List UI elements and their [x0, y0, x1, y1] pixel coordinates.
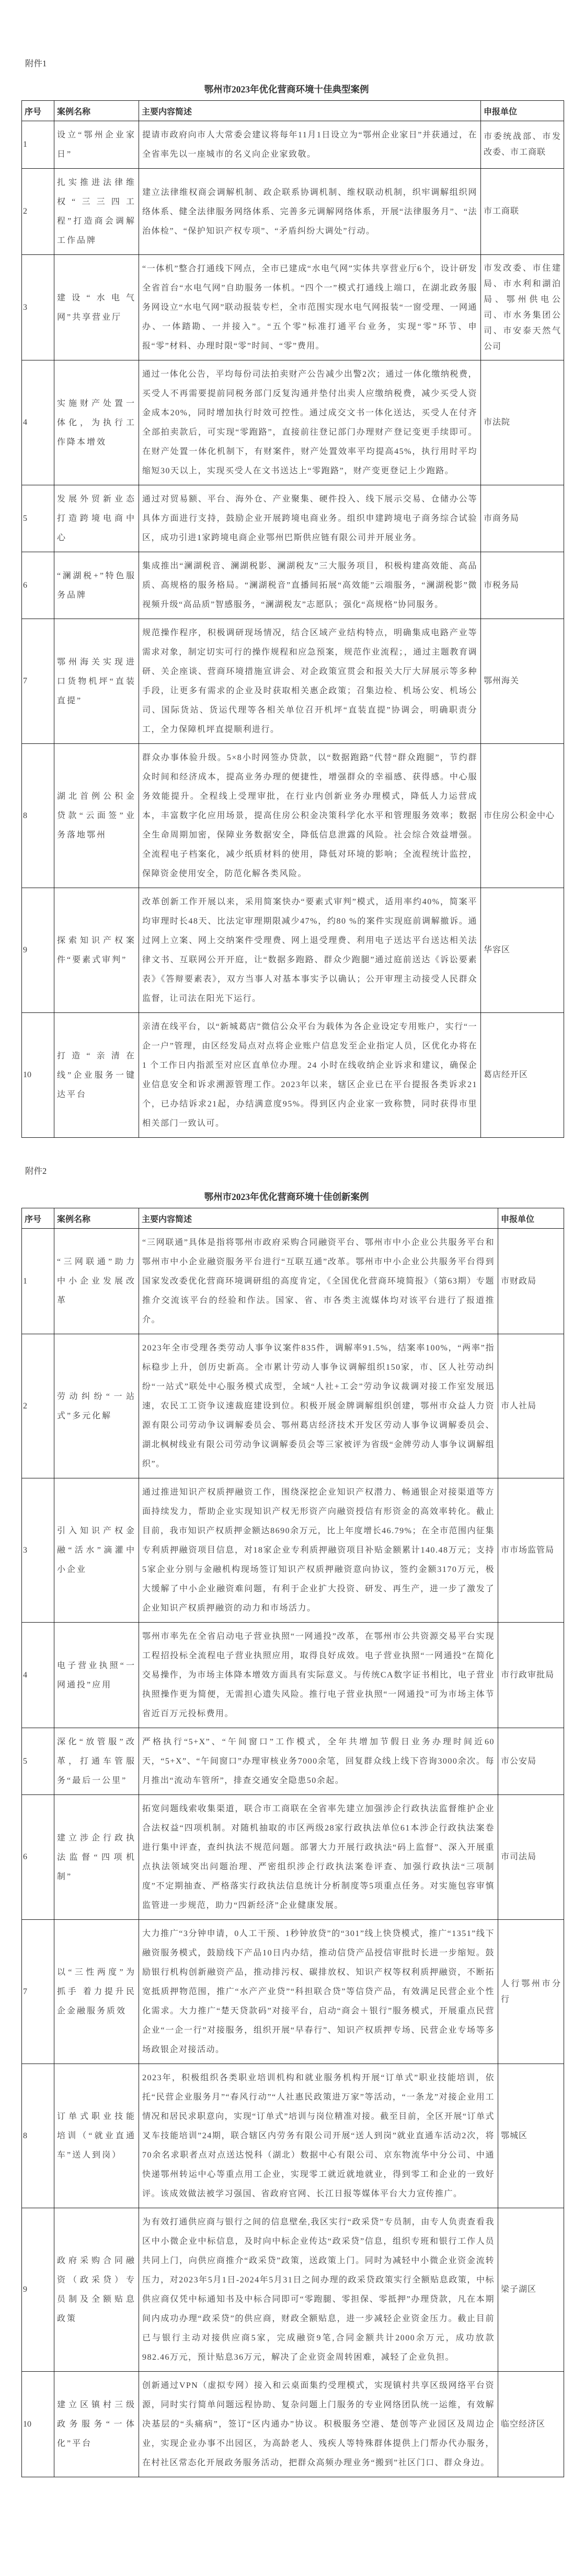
case-row: 3引入知识产权金融“活水”滴灌中小企业通过推进知识产权质押融资工作，围绕深挖企业… — [22, 1478, 564, 1623]
attachment-label: 附件1 — [25, 56, 573, 69]
header-case-name: 案例名称 — [54, 101, 139, 121]
reporting-unit: 人行鄂州市分行 — [498, 1920, 564, 2064]
case-name: 实施财产处置一体化，为执行工作降本增效 — [54, 360, 139, 485]
document-page: 附件1 鄂州市2023年优化营商环境十佳典型案例 序号 案例名称 主要内容简述 … — [0, 0, 573, 2485]
case-row: 7以“三性两度”为抓手 着力提升民企金融服务质效大力推广“3分钟申请，0人工干预… — [22, 1920, 564, 2064]
reporting-unit: 市税务局 — [481, 552, 564, 619]
case-content: 创新通过VPN（虚拟专网）接入和云桌面集约受理模式，实现镇村共享区级网络平台资源… — [139, 2372, 498, 2477]
case-name: 建设“水电气网”共享营业厅 — [54, 255, 139, 360]
case-content: 2023年全市受理各类劳动人事争议案件835件，调解率91.5%，结案率100%… — [139, 1334, 498, 1478]
case-content: “一体机”整合打通线下网点，全市已建成“水电气网”实体共享营业厅6个，设计研发全… — [139, 255, 481, 360]
reporting-unit: 市商务局 — [481, 485, 564, 552]
case-content: 亲清在线平台，以“新城葛店”微信公众平台为载体为各企业设定专用账户，实行“一企一… — [139, 1013, 481, 1138]
case-content: 严格执行“5+X”、“午间窗口”工作模式，全年共增加节假日业务办理时间近60天，… — [139, 1728, 498, 1795]
case-number: 2 — [22, 169, 54, 255]
case-row: 9探索知识产权案件“要素式审判”改革创新工作开展以来，采用简案快办“要素式审判”… — [22, 888, 564, 1013]
reporting-unit: 市工商联 — [481, 169, 564, 255]
reporting-unit: 鄂城区 — [498, 2064, 564, 2208]
case-number: 4 — [22, 360, 54, 485]
case-name: 深化“放管服”改革，打通车管服务“最后一公里” — [54, 1728, 139, 1795]
case-row: 6建立涉企行政执法监督“四项机制”拓宽问题线索收集渠道，联合市工商联在全省率先建… — [22, 1795, 564, 1920]
case-number: 10 — [22, 1013, 54, 1138]
case-name: 建立区镇村三级政务服务“一体化”平台 — [54, 2372, 139, 2477]
case-row: 5深化“放管服”改革，打通车管服务“最后一公里”严格执行“5+X”、“午间窗口”… — [22, 1728, 564, 1795]
case-number: 7 — [22, 1920, 54, 2064]
case-row: 9政府采购合同融资（政采贷）专员制及全额贴息政策为有效打通供应商与银行之间的信息… — [22, 2208, 564, 2372]
reporting-unit: 市法院 — [481, 360, 564, 485]
innovation-cases-table: 序号 案例名称 主要内容简述 申报单位 1“三网联通”助力中小企业发展改革“三网… — [21, 1208, 564, 2477]
case-name: 发展外贸新业态 打造跨境电商中心 — [54, 485, 139, 552]
case-name: 扎实推进法律维权“三三四工程”打造商会调解工作品牌 — [54, 169, 139, 255]
attachment-2: 附件2 鄂州市2023年优化营商环境十佳创新案例 序号 案例名称 主要内容简述 … — [0, 1138, 573, 2477]
reporting-unit: 市人社局 — [498, 1334, 564, 1478]
case-number: 7 — [22, 619, 54, 744]
case-number: 10 — [22, 2372, 54, 2477]
case-name: 鄂州海关实现进口货物机坪“直装直提” — [54, 619, 139, 744]
case-content: 拓宽问题线索收集渠道，联合市工商联在全省率先建立加强涉企行政执法监督维护企业合法… — [139, 1795, 498, 1920]
case-name: 设立“鄂州企业家日” — [54, 121, 139, 169]
case-number: 6 — [22, 552, 54, 619]
case-name: 探索知识产权案件“要素式审判” — [54, 888, 139, 1013]
case-name: 打造“亲清在线”企业服务一键达平台 — [54, 1013, 139, 1138]
case-number: 6 — [22, 1795, 54, 1920]
case-number: 2 — [22, 1334, 54, 1478]
case-row: 8订单式职业技能培训（“就业直通车”送人到岗）2023年，积极组织各类职业培训机… — [22, 2064, 564, 2208]
case-row: 6“澜湖税+”特色服务品牌集成推出“澜湖税音、澜湖税影、澜湖税友”三大服务项目，… — [22, 552, 564, 619]
table-header-row: 序号 案例名称 主要内容简述 申报单位 — [22, 101, 564, 121]
case-row: 1设立“鄂州企业家日”提请市政府向市人大常委会建议将每年11月1日设立为“鄂州企… — [22, 121, 564, 169]
case-row: 8湖北首例公积金贷款“云面签”业务落地鄂州群众办事体验升级。5×8小时网签办贷款… — [22, 744, 564, 888]
case-row: 10打造“亲清在线”企业服务一键达平台亲清在线平台，以“新城葛店”微信公众平台为… — [22, 1013, 564, 1138]
case-number: 5 — [22, 1728, 54, 1795]
case-content: 2023年，积极组织各类职业培训机构和就业服务机构开展“订单式”职业技能培训，依… — [139, 2064, 498, 2208]
reporting-unit: 市司法局 — [498, 1795, 564, 1920]
case-number: 1 — [22, 1229, 54, 1334]
case-name: 引入知识产权金融“活水”滴灌中小企业 — [54, 1478, 139, 1623]
case-number: 9 — [22, 888, 54, 1013]
reporting-unit: 鄂州海关 — [481, 619, 564, 744]
case-name: 电子营业执照“一网通投”应用 — [54, 1623, 139, 1728]
attachment-label: 附件2 — [25, 1164, 573, 1176]
case-number: 9 — [22, 2208, 54, 2372]
reporting-unit: 市行政审批局 — [498, 1623, 564, 1728]
header-no: 序号 — [22, 1208, 54, 1229]
case-content: 群众办事体验升级。5×8小时网签办贷款，以“数据跑路”代替“群众跑腿”，节约群众… — [139, 744, 481, 888]
case-row: 3建设“水电气网”共享营业厅“一体机”整合打通线下网点，全市已建成“水电气网”实… — [22, 255, 564, 360]
reporting-unit: 梁子湖区 — [498, 2208, 564, 2372]
reporting-unit: 市公安局 — [498, 1728, 564, 1795]
case-number: 4 — [22, 1623, 54, 1728]
case-content: 集成推出“澜湖税音、澜湖税影、澜湖税友”三大服务项目，积极构建高效能、高品质、高… — [139, 552, 481, 619]
reporting-unit: 市市场监管局 — [498, 1478, 564, 1623]
case-row: 10建立区镇村三级政务服务“一体化”平台创新通过VPN（虚拟专网）接入和云桌面集… — [22, 2372, 564, 2477]
table-header-row: 序号 案例名称 主要内容简述 申报单位 — [22, 1208, 564, 1229]
case-name: 建立涉企行政执法监督“四项机制” — [54, 1795, 139, 1920]
case-number: 5 — [22, 485, 54, 552]
case-content: 通过一体化公告，平均每份司法拍卖财产公告减少出警2次；通过一体化缴纳税费，买受人… — [139, 360, 481, 485]
reporting-unit: 市发改委、市住建局、市水利和湖泊局、鄂州供电公司、市水务集团公司、市安泰天然气公… — [481, 255, 564, 360]
attachment-1: 附件1 鄂州市2023年优化营商环境十佳典型案例 序号 案例名称 主要内容简述 … — [0, 0, 573, 1138]
case-content: “三网联通”具体是指将鄂州市政府采购合同融资平台、鄂州市中小企业公共服务平台和鄂… — [139, 1229, 498, 1334]
header-no: 序号 — [22, 101, 54, 121]
case-content: 通过推进知识产权质押融资工作，围绕深挖企业知识产权潜力、畅通银企对接渠道等方面持… — [139, 1478, 498, 1623]
case-number: 1 — [22, 121, 54, 169]
case-name: 湖北首例公积金贷款“云面签”业务落地鄂州 — [54, 744, 139, 888]
case-row: 1“三网联通”助力中小企业发展改革“三网联通”具体是指将鄂州市政府采购合同融资平… — [22, 1229, 564, 1334]
typical-cases-table: 序号 案例名称 主要内容简述 申报单位 1设立“鄂州企业家日”提请市政府向市人大… — [21, 100, 564, 1138]
header-unit: 申报单位 — [481, 101, 564, 121]
case-row: 2劳动纠纷“一站式”多元化解2023年全市受理各类劳动人事争议案件835件，调解… — [22, 1334, 564, 1478]
case-name: 劳动纠纷“一站式”多元化解 — [54, 1334, 139, 1478]
case-name: “三网联通”助力中小企业发展改革 — [54, 1229, 139, 1334]
case-content: 建立法律维权商会调解机制、政企联系协调机制、维权联动机制，织牢调解组织网络体系、… — [139, 169, 481, 255]
case-content: 大力推广“3分钟申请，0人工干预、1秒钟放贷”的“301”线上快贷模式，推广“1… — [139, 1920, 498, 2064]
case-name: “澜湖税+”特色服务品牌 — [54, 552, 139, 619]
case-row: 4电子营业执照“一网通投”应用鄂州市率先在全省启动电子营业执照“一网通投”改革，… — [22, 1623, 564, 1728]
case-number: 8 — [22, 744, 54, 888]
case-name: 订单式职业技能培训（“就业直通车”送人到岗） — [54, 2064, 139, 2208]
header-case-name: 案例名称 — [54, 1208, 139, 1229]
case-name: 政府采购合同融资（政采贷）专员制及全额贴息政策 — [54, 2208, 139, 2372]
case-number: 3 — [22, 1478, 54, 1623]
table-title: 鄂州市2023年优化营商环境十佳创新案例 — [0, 1190, 573, 1203]
reporting-unit: 市住房公积金中心 — [481, 744, 564, 888]
case-name: 以“三性两度”为抓手 着力提升民企金融服务质效 — [54, 1920, 139, 2064]
case-number: 8 — [22, 2064, 54, 2208]
case-content: 通过对贸易额、平台、海外仓、产业聚集、硬件投入、线下展示交易、仓储办公等具体方面… — [139, 485, 481, 552]
table-title: 鄂州市2023年优化营商环境十佳典型案例 — [0, 83, 573, 96]
reporting-unit: 市财政局 — [498, 1229, 564, 1334]
reporting-unit: 市委统战部、市发改委、市工商联 — [481, 121, 564, 169]
reporting-unit: 临空经济区 — [498, 2372, 564, 2477]
case-row: 5发展外贸新业态 打造跨境电商中心通过对贸易额、平台、海外仓、产业聚集、硬件投入… — [22, 485, 564, 552]
case-row: 2扎实推进法律维权“三三四工程”打造商会调解工作品牌建立法律维权商会调解机制、政… — [22, 169, 564, 255]
case-number: 3 — [22, 255, 54, 360]
case-row: 7鄂州海关实现进口货物机坪“直装直提”规范操作程序，积极调研现场情况，结合区域产… — [22, 619, 564, 744]
case-content: 提请市政府向市人大常委会建议将每年11月1日设立为“鄂州企业家日”并获通过，在全… — [139, 121, 481, 169]
header-content: 主要内容简述 — [139, 101, 481, 121]
header-content: 主要内容简述 — [139, 1208, 498, 1229]
reporting-unit: 葛店经开区 — [481, 1013, 564, 1138]
case-content: 鄂州市率先在全省启动电子营业执照“一网通投”改革，在鄂州市公共资源交易平台实现工… — [139, 1623, 498, 1728]
case-content: 改革创新工作开展以来，采用简案快办“要素式审判”模式，适用率约40%，简案平均审… — [139, 888, 481, 1013]
case-row: 4实施财产处置一体化，为执行工作降本增效通过一体化公告，平均每份司法拍卖财产公告… — [22, 360, 564, 485]
case-content: 为有效打通供应商与银行之间的信息壁垒,我区实行“政采贷”专员制，由专人负责查看我… — [139, 2208, 498, 2372]
case-content: 规范操作程序，积极调研现场情况，结合区域产业结构特点，明确集成电路产业等需求对象… — [139, 619, 481, 744]
header-unit: 申报单位 — [498, 1208, 564, 1229]
reporting-unit: 华容区 — [481, 888, 564, 1013]
